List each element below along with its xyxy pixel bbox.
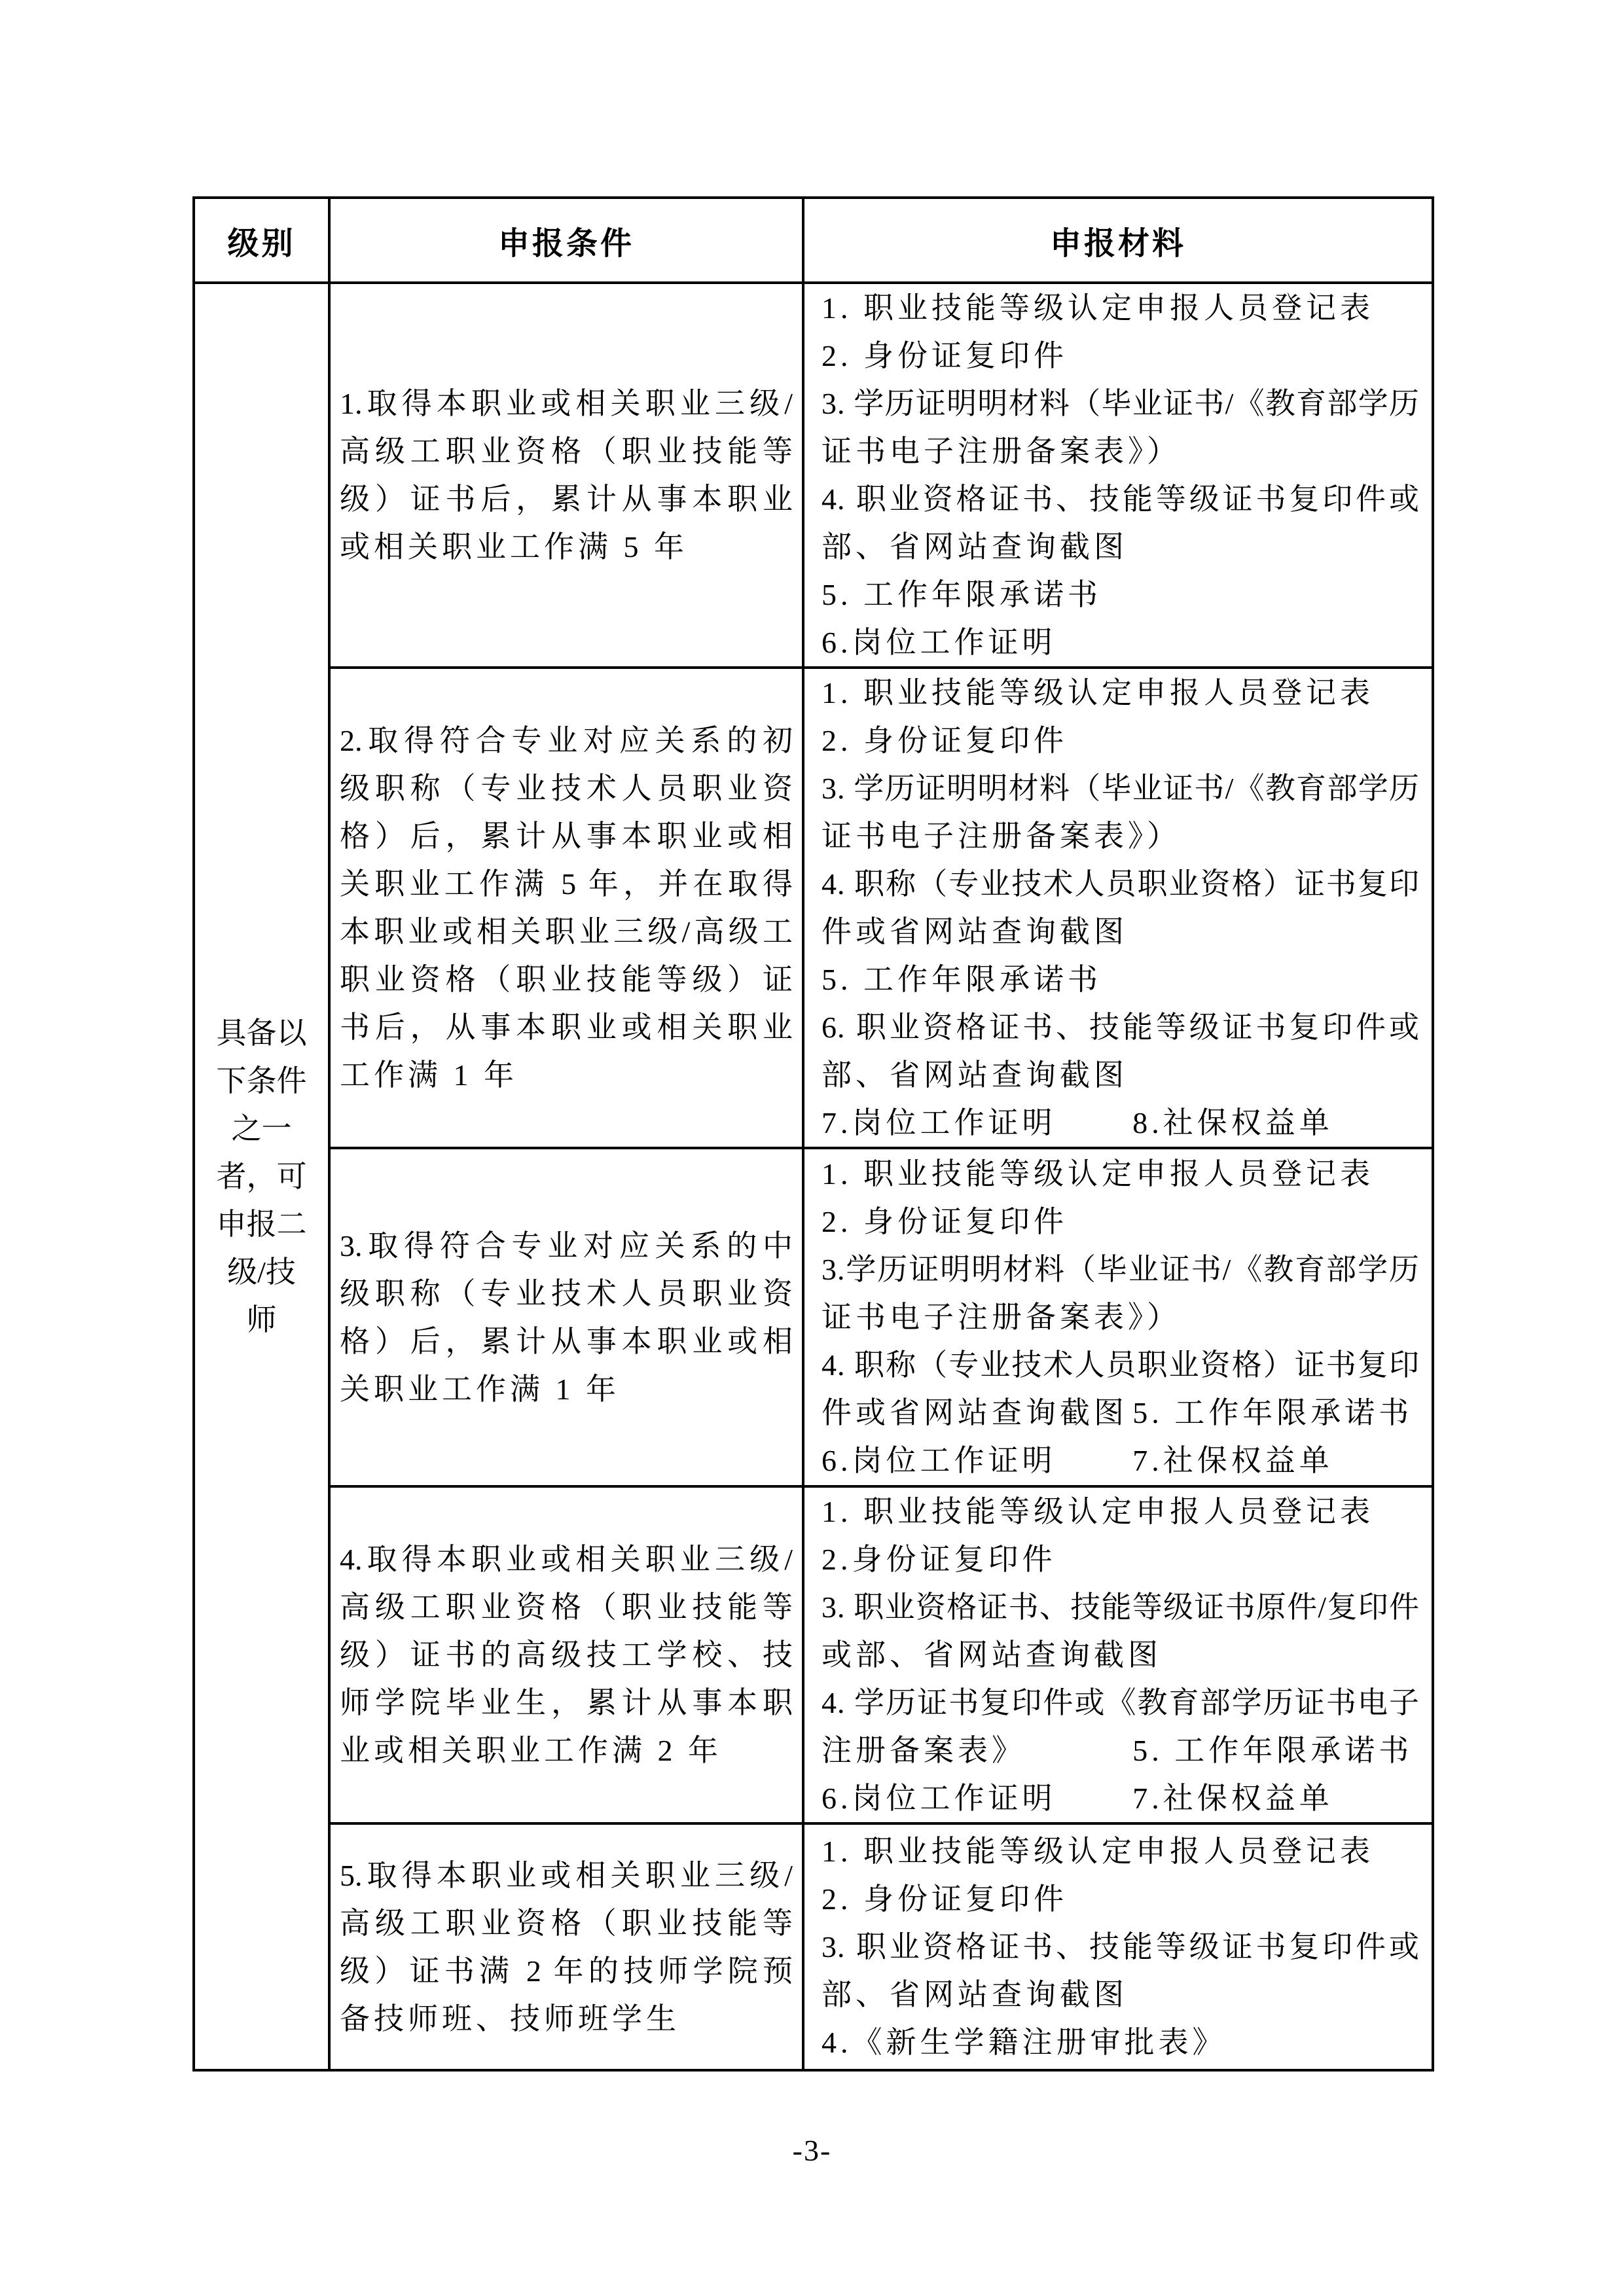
text-line: 书后，从事本职业或相关职业 [340, 1003, 793, 1051]
column-header-materials: 申报材料 [803, 198, 1433, 283]
text-line: 格）后，累计从事本职业或相 [340, 1318, 793, 1365]
text-line: 证书电子注册备案表》） [821, 1293, 1420, 1341]
text-line: 7.岗位工作证明8.社保权益单 [821, 1099, 1420, 1147]
text-line: 1. 职业技能等级认定申报人员登记表 [821, 669, 1420, 717]
text-segment: 6.岗位工作证明 [821, 1437, 1132, 1484]
text-line: 级/技 [195, 1248, 328, 1296]
text-segment: 7.社保权益单 [1132, 1774, 1420, 1822]
text-segment: 5. 工作年限承诺书 [1132, 1389, 1420, 1437]
text-line: 证书电子注册备案表》） [821, 427, 1420, 475]
materials-cell-2: 1. 职业技能等级认定申报人员登记表2. 身份证复印件3. 学历证明明材料（毕业… [803, 668, 1433, 1148]
materials-cell-5: 1. 职业技能等级认定申报人员登记表2. 身份证复印件3. 职业资格证书、技能等… [803, 1823, 1433, 2070]
text-segment: 7.岗位工作证明 [821, 1099, 1132, 1147]
text-line: 高级工职业资格（职业技能等 [340, 1899, 793, 1947]
text-line: 证书电子注册备案表》） [821, 812, 1420, 860]
text-line: 师学院毕业生，累计从事本职 [340, 1679, 793, 1727]
text-line: 4. 职称（专业技术人员职业资格）证书复印 [821, 1341, 1420, 1389]
text-line: 下条件 [195, 1057, 328, 1105]
text-line: 2. 身份证复印件 [821, 717, 1420, 764]
text-line: 高级工职业资格（职业技能等 [340, 1583, 793, 1631]
text-line: 2. 身份证复印件 [821, 1875, 1420, 1923]
text-line: 3. 学历证明明材料（毕业证书/《教育部学历 [821, 380, 1420, 427]
text-line: 注册备案表》5. 工作年限承诺书 [821, 1727, 1420, 1774]
text-line: 级）证书满 2 年的技师学院预 [340, 1947, 793, 1995]
text-line: 工作满 1 年 [340, 1051, 793, 1099]
text-line: 4.取得本职业或相关职业三级/ [340, 1535, 793, 1583]
text-line: 2. 身份证复印件 [821, 332, 1420, 380]
text-line: 5. 工作年限承诺书 [821, 571, 1420, 619]
text-line: 具备以 [195, 1009, 328, 1057]
column-header-condition: 申报条件 [329, 198, 803, 283]
text-line: 件或省网站查询截图5. 工作年限承诺书 [821, 1389, 1420, 1437]
condition-cell-1: 1.取得本职业或相关职业三级/高级工职业资格（职业技能等级）证书后，累计从事本职… [329, 283, 803, 668]
text-line: 或相关职业工作满 5 年 [340, 523, 793, 571]
text-line: 2.身份证复印件 [821, 1535, 1420, 1583]
text-line: 1. 职业技能等级认定申报人员登记表 [821, 1150, 1420, 1198]
text-line: 6.岗位工作证明7.社保权益单 [821, 1437, 1420, 1484]
text-line: 6. 职业资格证书、技能等级证书复印件或 [821, 1003, 1420, 1051]
text-line: 1.取得本职业或相关职业三级/ [340, 380, 793, 427]
text-line: 者，可 [195, 1153, 328, 1200]
text-line: 部、省网站查询截图 [821, 1971, 1420, 2018]
table-row: 3.取得符合专业对应关系的中级职称（专业技术人员职业资格）后，累计从事本职业或相… [194, 1148, 1433, 1486]
text-line: 4.《新生学籍注册审批表》 [821, 2018, 1420, 2066]
table-row: 具备以下条件之一者，可申报二级/技师 1.取得本职业或相关职业三级/高级工职业资… [194, 283, 1433, 668]
table-row: 4.取得本职业或相关职业三级/高级工职业资格（职业技能等级）证书的高级技工学校、… [194, 1486, 1433, 1823]
text-line: 件或省网站查询截图 [821, 908, 1420, 956]
text-line: 3.取得符合专业对应关系的中 [340, 1222, 793, 1270]
text-line: 4. 学历证书复印件或《教育部学历证书电子 [821, 1679, 1420, 1727]
materials-cell-3: 1. 职业技能等级认定申报人员登记表2. 身份证复印件3.学历证明明材料（毕业证… [803, 1148, 1433, 1486]
text-line: 5. 工作年限承诺书 [821, 956, 1420, 1003]
text-line: 师 [195, 1296, 328, 1344]
application-requirements-table: 级别 申报条件 申报材料 具备以下条件之一者，可申报二级/技师 1.取得本职业或… [192, 196, 1434, 2072]
level-cell: 具备以下条件之一者，可申报二级/技师 [194, 283, 329, 2070]
text-segment: 6.岗位工作证明 [821, 1774, 1132, 1822]
text-line: 1. 职业技能等级认定申报人员登记表 [821, 1488, 1420, 1535]
table-header-row: 级别 申报条件 申报材料 [194, 198, 1433, 283]
condition-cell-2: 2.取得符合专业对应关系的初级职称（专业技术人员职业资格）后，累计从事本职业或相… [329, 668, 803, 1148]
text-line: 4. 职称（专业技术人员职业资格）证书复印 [821, 860, 1420, 908]
text-line: 6.岗位工作证明7.社保权益单 [821, 1774, 1420, 1822]
text-line: 格）后，累计从事本职业或相 [340, 812, 793, 860]
text-segment: 注册备案表》 [821, 1727, 1132, 1774]
text-segment: 5. 工作年限承诺书 [1132, 1727, 1420, 1774]
text-line: 2. 身份证复印件 [821, 1198, 1420, 1246]
text-line: 部、省网站查询截图 [821, 523, 1420, 571]
text-line: 关职业工作满 1 年 [340, 1365, 793, 1413]
text-line: 申报二 [195, 1200, 328, 1248]
text-line: 1. 职业技能等级认定申报人员登记表 [821, 284, 1420, 332]
text-line: 3.学历证明明材料（毕业证书/《教育部学历 [821, 1246, 1420, 1293]
text-line: 3. 职业资格证书、技能等级证书原件/复印件 [821, 1583, 1420, 1631]
materials-cell-1: 1. 职业技能等级认定申报人员登记表2. 身份证复印件3. 学历证明明材料（毕业… [803, 283, 1433, 668]
text-line: 本职业或相关职业三级/高级工 [340, 908, 793, 956]
condition-cell-5: 5.取得本职业或相关职业三级/高级工职业资格（职业技能等级）证书满 2 年的技师… [329, 1823, 803, 2070]
text-segment: 7.社保权益单 [1132, 1437, 1420, 1484]
materials-cell-4: 1. 职业技能等级认定申报人员登记表2.身份证复印件3. 职业资格证书、技能等级… [803, 1486, 1433, 1823]
text-line: 4. 职业资格证书、技能等级证书复印件或 [821, 475, 1420, 523]
text-line: 1. 职业技能等级认定申报人员登记表 [821, 1827, 1420, 1875]
text-line: 级职称（专业技术人员职业资 [340, 764, 793, 812]
page-number: -3- [0, 2127, 1624, 2174]
column-header-level: 级别 [194, 198, 329, 283]
table-row: 5.取得本职业或相关职业三级/高级工职业资格（职业技能等级）证书满 2 年的技师… [194, 1823, 1433, 2070]
text-segment: 8.社保权益单 [1132, 1099, 1420, 1147]
text-line: 5.取得本职业或相关职业三级/ [340, 1852, 793, 1899]
text-line: 6.岗位工作证明 [821, 619, 1420, 666]
text-line: 之一 [195, 1105, 328, 1153]
text-line: 3. 职业资格证书、技能等级证书复印件或 [821, 1923, 1420, 1971]
text-line: 高级工职业资格（职业技能等 [340, 427, 793, 475]
text-line: 业或相关职业工作满 2 年 [340, 1727, 793, 1774]
text-line: 部、省网站查询截图 [821, 1051, 1420, 1099]
text-line: 级）证书的高级技工学校、技 [340, 1631, 793, 1679]
text-line: 关职业工作满 5 年，并在取得 [340, 860, 793, 908]
text-line: 级职称（专业技术人员职业资 [340, 1270, 793, 1318]
text-line: 备技师班、技师班学生 [340, 1995, 793, 2043]
condition-cell-3: 3.取得符合专业对应关系的中级职称（专业技术人员职业资格）后，累计从事本职业或相… [329, 1148, 803, 1486]
table-row: 2.取得符合专业对应关系的初级职称（专业技术人员职业资格）后，累计从事本职业或相… [194, 668, 1433, 1148]
text-line: 2.取得符合专业对应关系的初 [340, 717, 793, 764]
text-line: 级）证书后，累计从事本职业 [340, 475, 793, 523]
condition-cell-4: 4.取得本职业或相关职业三级/高级工职业资格（职业技能等级）证书的高级技工学校、… [329, 1486, 803, 1823]
text-segment: 件或省网站查询截图 [821, 1389, 1132, 1437]
text-line: 职业资格（职业技能等级）证 [340, 956, 793, 1003]
text-line: 或部、省网站查询截图 [821, 1631, 1420, 1679]
text-line: 3. 学历证明明材料（毕业证书/《教育部学历 [821, 764, 1420, 812]
